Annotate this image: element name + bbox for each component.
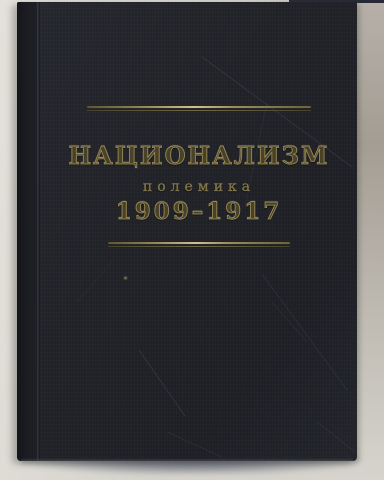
gold-rule-top-thick-line	[87, 106, 311, 108]
scanned-photo: НАЦИОНАЛИЗМ полемика 1909–1917	[0, 0, 384, 480]
gold-rule-bottom	[108, 242, 290, 247]
cover-bottom-edge-highlight	[21, 458, 353, 461]
book-front-cover: НАЦИОНАЛИЗМ полемика 1909–1917	[17, 2, 357, 461]
gold-rule-top-thin-line	[87, 110, 311, 111]
book-title: НАЦИОНАЛИЗМ	[41, 141, 357, 170]
book-years: 1909–1917	[41, 198, 357, 225]
book-subtitle: полемика	[41, 179, 357, 195]
gold-rule-top	[87, 106, 311, 111]
gold-rule-bottom-thin-line	[108, 246, 290, 247]
cover-stamped-area: НАЦИОНАЛИЗМ полемика 1909–1917	[41, 2, 357, 461]
gold-speck	[123, 276, 128, 280]
gold-rule-bottom-thick-line	[108, 242, 290, 244]
